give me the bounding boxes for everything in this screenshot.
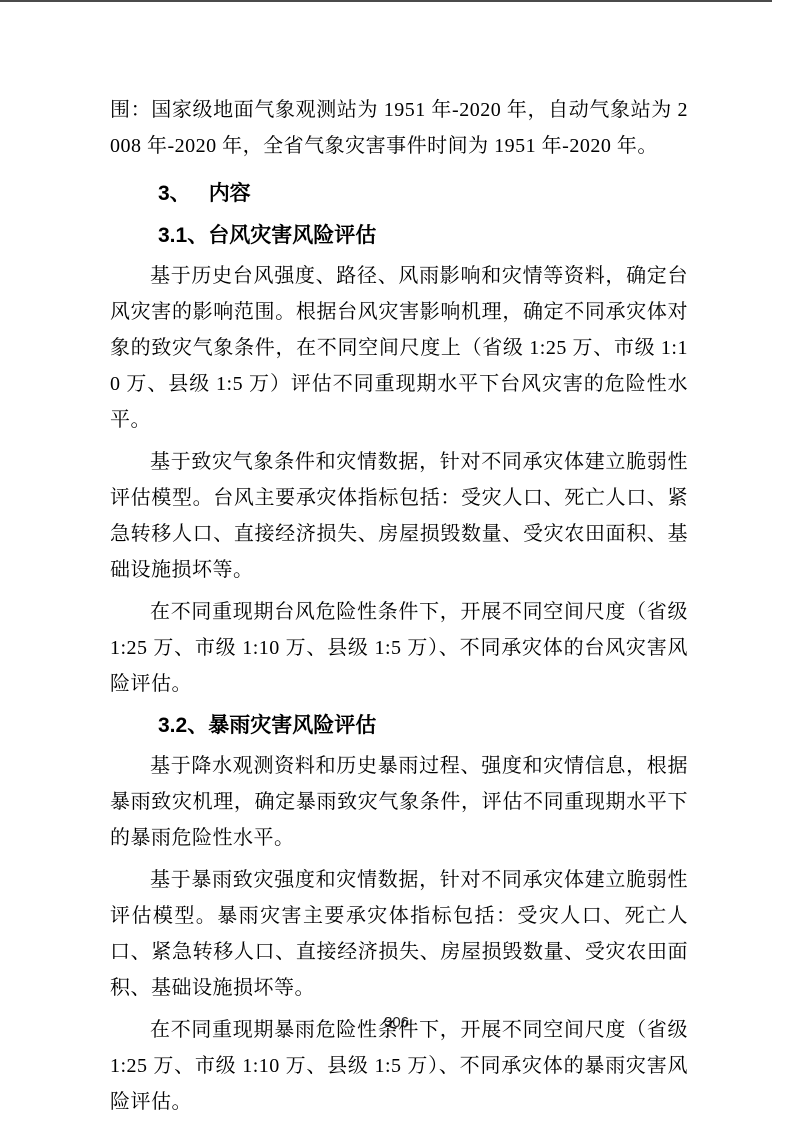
paragraph-typhoon-hazard: 基于历史台风强度、路径、风雨影响和灾情等资料，确定台风灾害的影响范围。根据台风灾… bbox=[110, 258, 688, 438]
page-top-edge-line bbox=[0, 0, 772, 2]
paragraph-typhoon-risk: 在不同重现期台风危险性条件下，开展不同空间尺度（省级 1:25 万、市级 1:1… bbox=[110, 594, 688, 702]
document-content: 围：国家级地面气象观测站为 1951 年-2020 年，自动气象站为 2008 … bbox=[110, 92, 688, 1120]
paragraph-typhoon-vulnerability: 基于致灾气象条件和灾情数据，针对不同承灾体建立脆弱性评估模型。台风主要承灾体指标… bbox=[110, 444, 688, 588]
section-heading-3-1: 3.1、台风灾害风险评估 bbox=[110, 218, 688, 254]
page-number: 306 bbox=[0, 1014, 793, 1031]
section-heading-3-title: 内容 bbox=[209, 182, 251, 205]
document-page: 围：国家级地面气象观测站为 1951 年-2020 年，自动气象站为 2008 … bbox=[0, 0, 793, 1122]
paragraph-rainstorm-hazard: 基于降水观测资料和历史暴雨过程、强度和灾情信息，根据暴雨致灾机理，确定暴雨致灾气… bbox=[110, 748, 688, 856]
section-heading-3-2: 3.2、暴雨灾害风险评估 bbox=[110, 708, 688, 744]
section-heading-3-number: 3、 bbox=[158, 182, 191, 205]
paragraph-rainstorm-vulnerability: 基于暴雨致灾强度和灾情数据，针对不同承灾体建立脆弱性评估模型。暴雨灾害主要承灾体… bbox=[110, 862, 688, 1006]
continuation-paragraph: 围：国家级地面气象观测站为 1951 年-2020 年，自动气象站为 2008 … bbox=[110, 92, 688, 164]
section-heading-3: 3、内容 bbox=[110, 176, 688, 212]
